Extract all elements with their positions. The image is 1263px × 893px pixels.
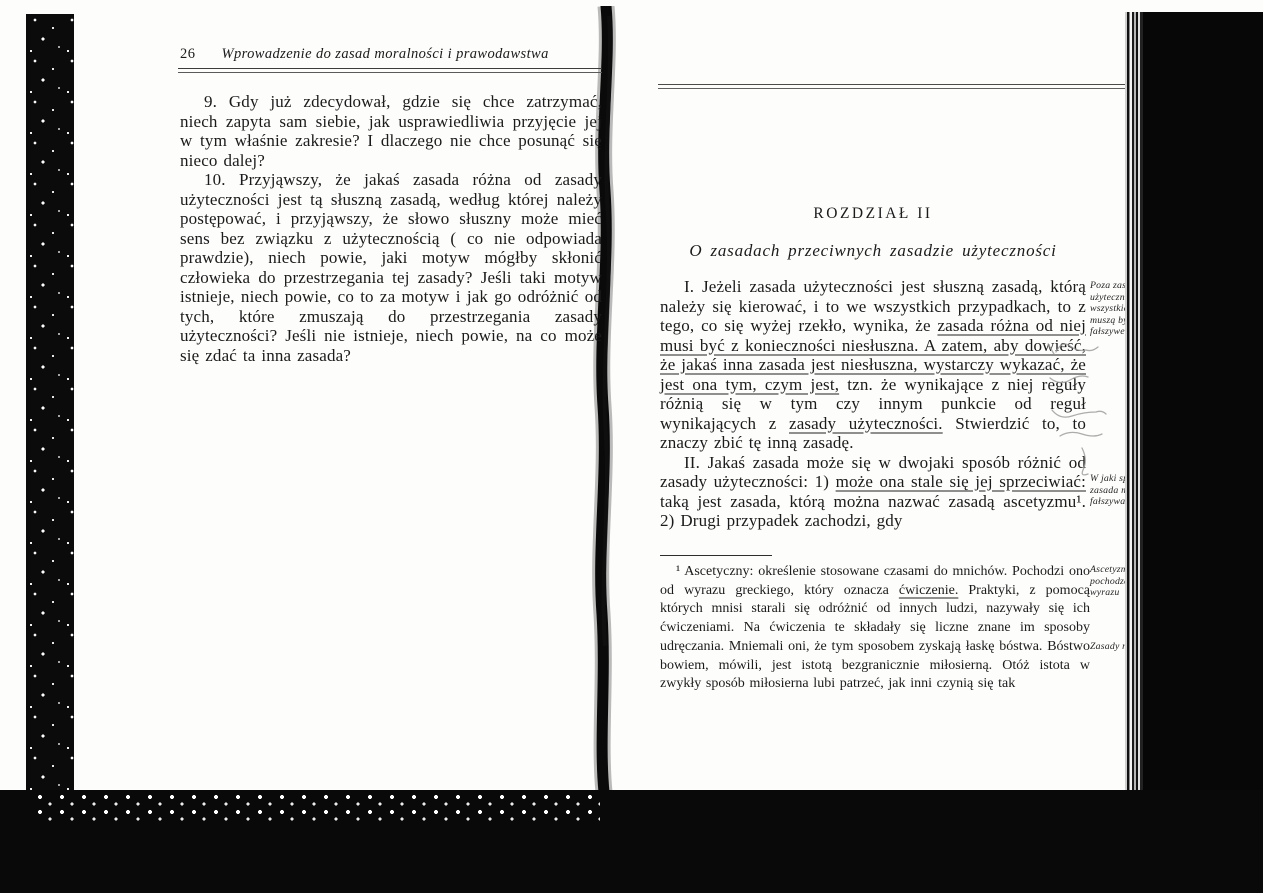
book-scan: 26 Wprowadzenie do zasad moralności i pr… [0,0,1263,893]
footnote-text: ¹ Ascetyczny: określenie stosowane czasa… [660,563,1090,694]
text-segment: 10. Przyjąwszy, że jakaś zasada różna od… [180,170,602,365]
paragraph: I. Jeżeli zasada użyteczności jest słusz… [660,277,1086,453]
text-segment: ćwiczenie. [899,583,958,598]
book-cover-right [1143,12,1263,893]
running-title: Wprowadzenie do zasad moralności i prawo… [222,46,549,63]
running-head: 26 Wprowadzenie do zasad moralności i pr… [180,46,604,63]
chapter-subtitle: O zasadach przeciwnych zasadzie użyteczn… [660,241,1086,261]
running-head-rule [178,68,602,73]
right-page-head-rule [658,84,1125,89]
text-segment: 9. Gdy już zdecydował, gdzie się chce za… [180,92,602,170]
paragraph: 9. Gdy już zdecydował, gdzie się chce za… [180,92,602,170]
chapter-heading: ROZDZIAŁ II [660,205,1086,223]
book-cover-bottom [0,790,1263,893]
paragraph: 10. Przyjąwszy, że jakaś zasada różna od… [180,170,602,365]
footnote-separator [660,555,772,556]
left-page-body-text: 9. Gdy już zdecydował, gdzie się chce za… [180,92,602,365]
book-edge-left-halftone [26,14,74,790]
text-segment: taką jest zasada, którą można nazwać zas… [660,492,1086,531]
text-segment: Praktyki, z pomocą których mnisi starali… [660,583,1090,692]
right-page-body-text: I. Jeżeli zasada użyteczności jest słusz… [660,277,1086,531]
paragraph: ¹ Ascetyczny: określenie stosowane czasa… [660,563,1090,694]
paragraph: II. Jakaś zasada może się w dwojaki spos… [660,453,1086,531]
page-fore-edge-stripes [1125,12,1143,893]
text-segment: zasady użyteczności. [789,414,943,433]
handwriting-marginalia [1046,336,1130,476]
page-number: 26 [180,46,196,63]
halftone-dots-strip [35,793,600,825]
